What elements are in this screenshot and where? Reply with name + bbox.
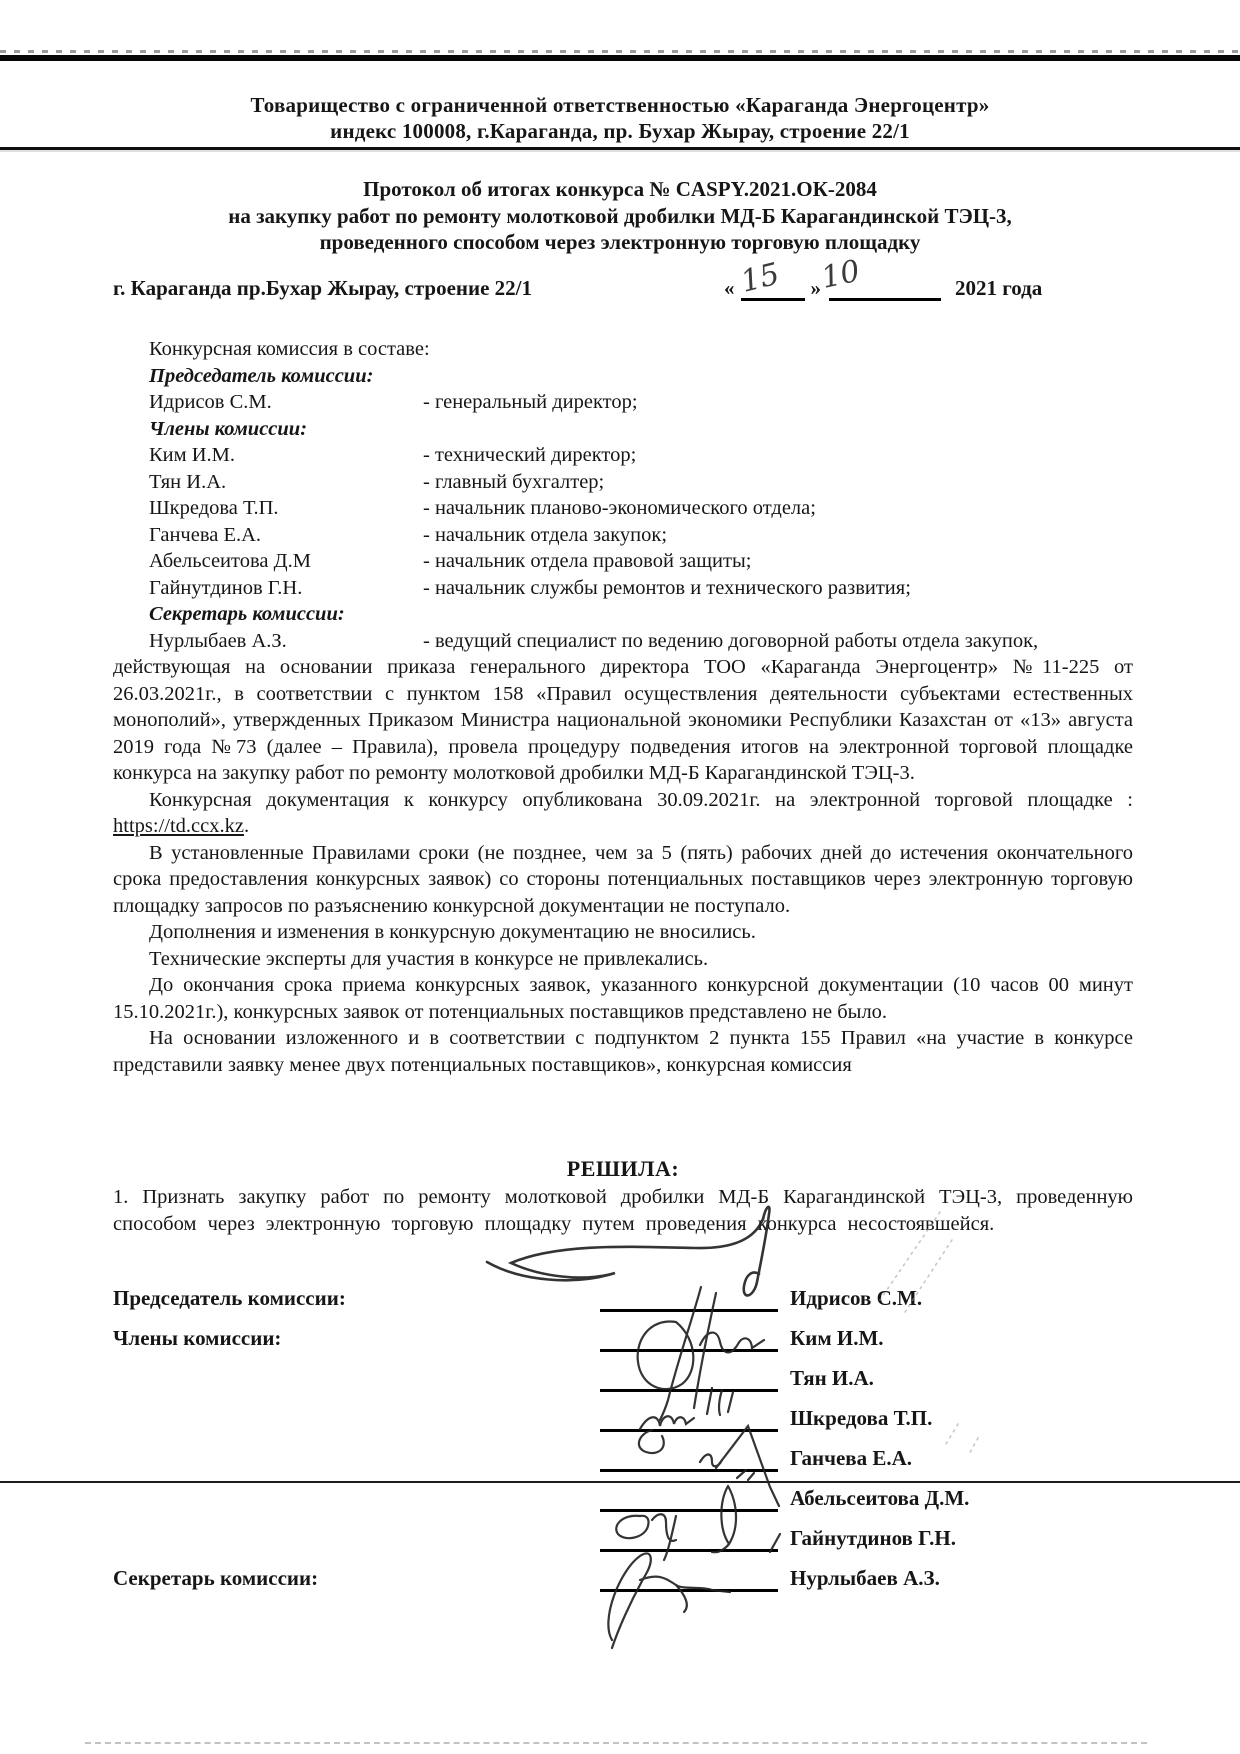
org-name: Товарищество с ограниченной ответственно…: [0, 92, 1240, 118]
scan-edge-speckle: [0, 50, 1240, 53]
commission-list: Конкурсная комиссия в составе: Председат…: [113, 336, 1133, 654]
paragraph: До окончания срока приема конкурсных зая…: [113, 972, 1133, 1025]
signature-line: [600, 1349, 778, 1392]
signatory-name: Тян И.А.: [778, 1366, 1133, 1392]
signatory-name: Ганчева Е.А.: [778, 1446, 1133, 1472]
date-line: « » 2021 года: [722, 276, 1042, 301]
member-name: Абельсеитова Д.М: [113, 548, 423, 575]
member-role: - генеральный директор;: [423, 389, 1133, 416]
resolution-heading: РЕШИЛА:: [113, 1156, 1133, 1182]
commission-intro: Конкурсная комиссия в составе:: [113, 336, 1133, 363]
paragraph-text: Конкурсная документация к конкурсу опубл…: [149, 789, 1133, 811]
member-role: - технический директор;: [423, 442, 1133, 469]
paragraph: Дополнения и изменения в конкурсную доку…: [113, 919, 1133, 946]
paragraph: Технические эксперты для участия в конку…: [113, 946, 1133, 973]
signatory-name: Гайнутдинов Г.Н.: [778, 1526, 1133, 1552]
signatory-name: Шкредова Т.П.: [778, 1406, 1133, 1432]
commission-row: Идрисов С.М. - генеральный директор;: [113, 389, 1133, 416]
title-line-1: Протокол об итогах конкурса № CASPY.2021…: [0, 176, 1240, 203]
commission-row: Тян И.А. - главный бухгалтер;: [113, 469, 1133, 496]
signature-row: Тян И.А.: [113, 1352, 1133, 1392]
date-year: 2021 года: [955, 276, 1042, 301]
signature-row: Члены комиссии: Ким И.М.: [113, 1312, 1133, 1352]
date-month-blank: [829, 276, 941, 301]
paragraph: действующая на основании приказа генерал…: [113, 654, 1133, 787]
date-close-quote: »: [809, 276, 824, 301]
member-role: - начальник службы ремонтов и техническо…: [423, 575, 1133, 602]
signature-label: [113, 1431, 600, 1432]
commission-row: Абельсеитова Д.М - начальник отдела прав…: [113, 548, 1133, 575]
signature-line: [600, 1269, 778, 1312]
signatory-name: Нурлыбаев А.З.: [778, 1566, 1133, 1592]
paragraph: В установленные Правилами сроки (не позд…: [113, 840, 1133, 920]
member-role: - главный бухгалтер;: [423, 469, 1133, 496]
paragraph: На основании изложенного и в соответстви…: [113, 1025, 1133, 1078]
chair-label: Председатель комиссии:: [113, 363, 1133, 390]
member-name: Ганчева Е.А.: [113, 522, 423, 549]
member-name: Тян И.А.: [113, 469, 423, 496]
commission-row: Ким И.М. - технический директор;: [113, 442, 1133, 469]
signature-row: Председатель комиссии: Идрисов С.М.: [113, 1272, 1133, 1312]
signatory-name: Абельсеитова Д.М.: [778, 1486, 1133, 1512]
member-name: Гайнутдинов Г.Н.: [113, 575, 423, 602]
bottom-scan-line: [85, 1742, 1147, 1744]
signature-block: Председатель комиссии: Идрисов С.М. Член…: [113, 1272, 1133, 1592]
date-day-blank: [741, 276, 805, 301]
title-line-3: проведенного способом через электронную …: [0, 229, 1240, 256]
member-name: Нурлыбаев А.З.: [113, 628, 423, 655]
member-role: - ведущий специалист по ведению договорн…: [423, 628, 1133, 655]
signature-label: [113, 1511, 600, 1512]
commission-row: Шкредова Т.П. - начальник планово-эконом…: [113, 495, 1133, 522]
signature-label: [113, 1471, 600, 1472]
members-label: Члены комиссии:: [113, 416, 1133, 443]
organization-header: Товарищество с ограниченной ответственно…: [0, 92, 1240, 144]
signature-line: [600, 1509, 778, 1552]
title-line-2: на закупку работ по ремонту молотковой д…: [0, 203, 1240, 230]
member-role: - начальник отдела закупок;: [423, 522, 1133, 549]
signature-line: [600, 1429, 778, 1472]
signature-row: Гайнутдинов Г.Н.: [113, 1512, 1133, 1552]
document-body: действующая на основании приказа генерал…: [113, 654, 1133, 1078]
member-name: Ким И.М.: [113, 442, 423, 469]
org-address: индекс 100008, г.Караганда, пр. Бухар Жы…: [0, 118, 1240, 144]
signature-label: Секретарь комиссии:: [113, 1566, 600, 1592]
top-border-line: [0, 55, 1240, 61]
commission-row: Гайнутдинов Г.Н. - начальник службы ремо…: [113, 575, 1133, 602]
signature-label: [113, 1551, 600, 1552]
signatory-name: Ким И.М.: [778, 1326, 1133, 1352]
date-open-quote: «: [722, 276, 737, 301]
signature-row: Секретарь комиссии: Нурлыбаев А.З.: [113, 1552, 1133, 1592]
member-name: Идрисов С.М.: [113, 389, 423, 416]
signature-label: Члены комиссии:: [113, 1326, 600, 1352]
signature-line: [600, 1549, 778, 1592]
signature-row: Ганчева Е.А.: [113, 1432, 1133, 1472]
place-line: г. Караганда пр.Бухар Жырау, строение 22…: [113, 276, 532, 301]
document-title: Протокол об итогах конкурса № CASPY.2021…: [0, 176, 1240, 256]
document-url: https://td.ccx.kz: [113, 815, 244, 837]
member-name: Шкредова Т.П.: [113, 495, 423, 522]
signature-row: Шкредова Т.П.: [113, 1392, 1133, 1432]
signatory-name: Идрисов С.М.: [778, 1286, 1133, 1312]
signature-line: [600, 1389, 778, 1432]
mid-page-scan-line: [0, 1481, 1240, 1483]
paragraph-text: .: [244, 815, 249, 837]
resolution-item: 1. Признать закупку работ по ремонту мол…: [113, 1184, 1133, 1237]
signature-label: Председатель комиссии:: [113, 1286, 600, 1312]
paragraph: Конкурсная документация к конкурсу опубл…: [113, 787, 1133, 840]
header-divider-line: [0, 147, 1240, 150]
commission-row: Ганчева Е.А. - начальник отдела закупок;: [113, 522, 1133, 549]
member-role: - начальник отдела правовой защиты;: [423, 548, 1133, 575]
signature-line: [600, 1469, 778, 1512]
signature-line: [600, 1309, 778, 1352]
commission-row: Нурлыбаев А.З. - ведущий специалист по в…: [113, 628, 1133, 655]
scanned-protocol-document: Товарищество с ограниченной ответственно…: [0, 0, 1240, 1754]
signature-label: [113, 1391, 600, 1392]
member-role: - начальник планово-экономического отдел…: [423, 495, 1133, 522]
signature-row: Абельсеитова Д.М.: [113, 1472, 1133, 1512]
secretary-label: Секретарь комиссии:: [113, 601, 1133, 628]
